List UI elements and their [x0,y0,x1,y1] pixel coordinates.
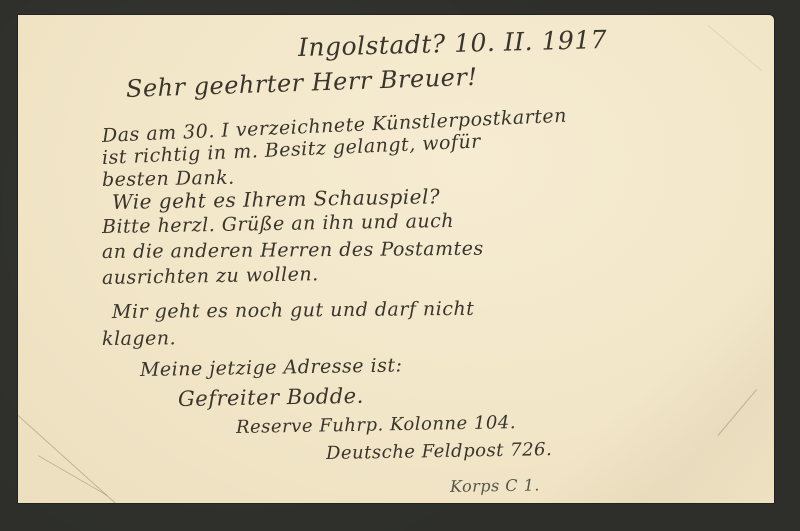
address-feldpost: Deutsche Feldpost 726. [326,439,553,464]
postcard: Ingolstadt? 10. II. 1917 Sehr geehrter H… [18,15,774,503]
address-name: Gefreiter Bodde. [178,384,364,411]
body-line: Wie geht es Ihrem Schauspiel? [112,184,441,214]
salutation: Sehr geehrter Herr Breuer! [126,63,478,103]
address-corps: Korps C 1. [450,475,540,496]
paper-crease [18,415,122,503]
paper-crease [708,25,762,71]
address-intro: Meine jetzige Adresse ist: [140,354,403,381]
body-line: ausrichten zu wollen. [102,263,319,289]
paper-crease [718,389,757,436]
place-date-line: Ingolstadt? 10. II. 1917 [298,25,608,62]
body-line: klagen. [102,327,176,350]
address-unit: Reserve Fuhrp. Kolonne 104. [236,412,516,438]
paper-crease [38,455,108,496]
body-line: Bitte herzl. Grüße an ihn und auch [102,210,454,238]
body-line: Mir geht es noch gut und darf nicht [112,298,475,323]
body-line: an die anderen Herren des Postamtes [102,238,484,263]
